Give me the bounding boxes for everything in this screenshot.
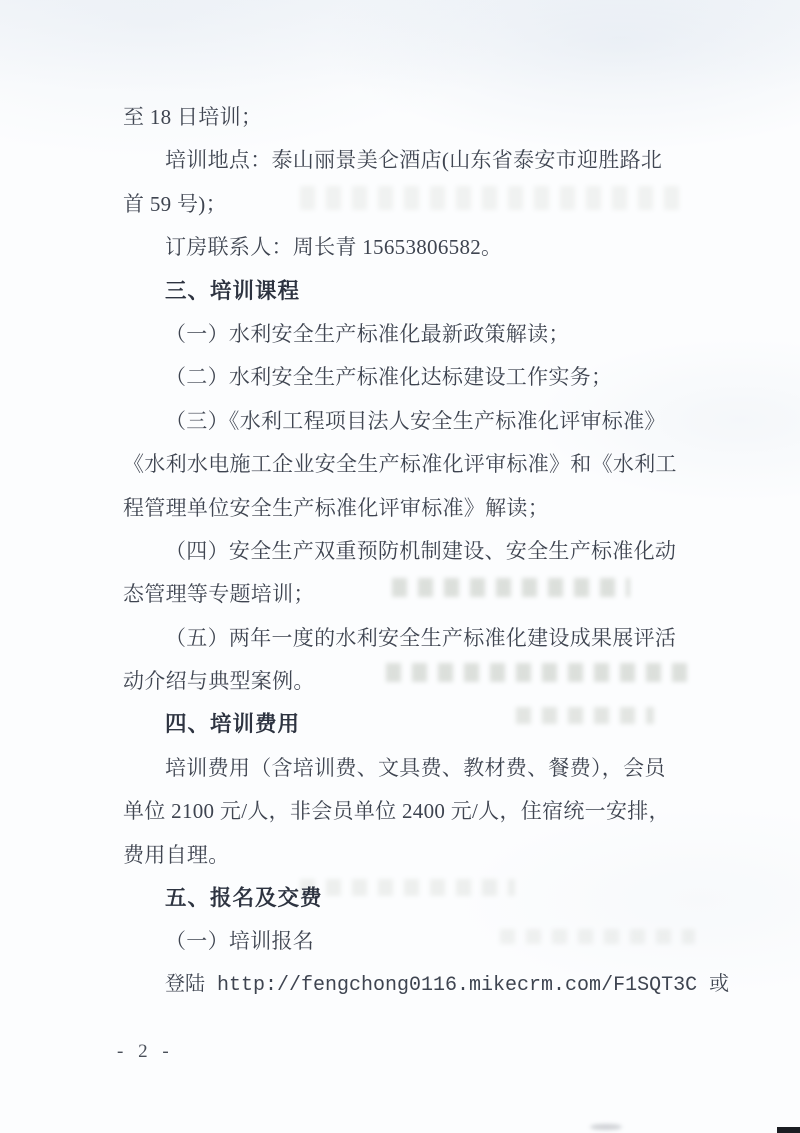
corner-scan-mark xyxy=(777,1127,800,1133)
page-number: - 2 - xyxy=(117,1041,174,1063)
course-item-3-continued: 《水利水电施工企业安全生产标准化评审标准》和《水利工 xyxy=(123,443,685,486)
course-item-3-continued: 程管理单位安全生产标准化评审标准》解读； xyxy=(123,487,685,530)
course-item-5: （五）两年一度的水利安全生产标准化建设成果展评活 xyxy=(123,617,685,660)
section-heading-training-fees: 四、培训费用 xyxy=(123,703,685,746)
body-line-training-location: 培训地点：泰山丽景美仑酒店(山东省泰安市迎胜路北 xyxy=(123,139,685,182)
scan-smudge-artifact xyxy=(590,1124,622,1130)
scanned-document-page: 至 18 日培训； 培训地点：泰山丽景美仑酒店(山东省泰安市迎胜路北 首 59 … xyxy=(0,0,800,1133)
document-body: 至 18 日培训； 培训地点：泰山丽景美仑酒店(山东省泰安市迎胜路北 首 59 … xyxy=(123,96,685,1007)
body-line-fees: 培训费用（含培训费、文具费、教材费、餐费），会员 xyxy=(123,747,685,790)
course-item-5-continued: 动介绍与典型案例。 xyxy=(123,660,685,703)
body-line-fees-continued: 单位 2100 元/人，非会员单位 2400 元/人，住宿统一安排， xyxy=(123,790,685,833)
course-item-2: （二）水利安全生产标准化达标建设工作实务； xyxy=(123,356,685,399)
section-heading-training-courses: 三、培训课程 xyxy=(123,270,685,313)
body-line-training-until: 至 18 日培训； xyxy=(123,96,685,139)
course-item-4-continued: 态管理等专题培训； xyxy=(123,573,685,616)
section-heading-registration-payment: 五、报名及交费 xyxy=(123,877,685,920)
body-line-fees-continued: 费用自理。 xyxy=(123,834,685,877)
course-item-1: （一）水利安全生产标准化最新政策解读； xyxy=(123,313,685,356)
registration-url-line: 登陆 http://fengchong0116.mikecrm.com/F1SQ… xyxy=(123,964,685,1007)
body-line-address-continued: 首 59 号)； xyxy=(123,183,685,226)
course-item-3: （三）《水利工程项目法人安全生产标准化评审标准》 xyxy=(123,400,685,443)
subsection-training-registration: （一）培训报名 xyxy=(123,920,685,963)
body-line-booking-contact: 订房联系人：周长青 15653806582。 xyxy=(123,226,685,269)
course-item-4: （四）安全生产双重预防机制建设、安全生产标准化动 xyxy=(123,530,685,573)
